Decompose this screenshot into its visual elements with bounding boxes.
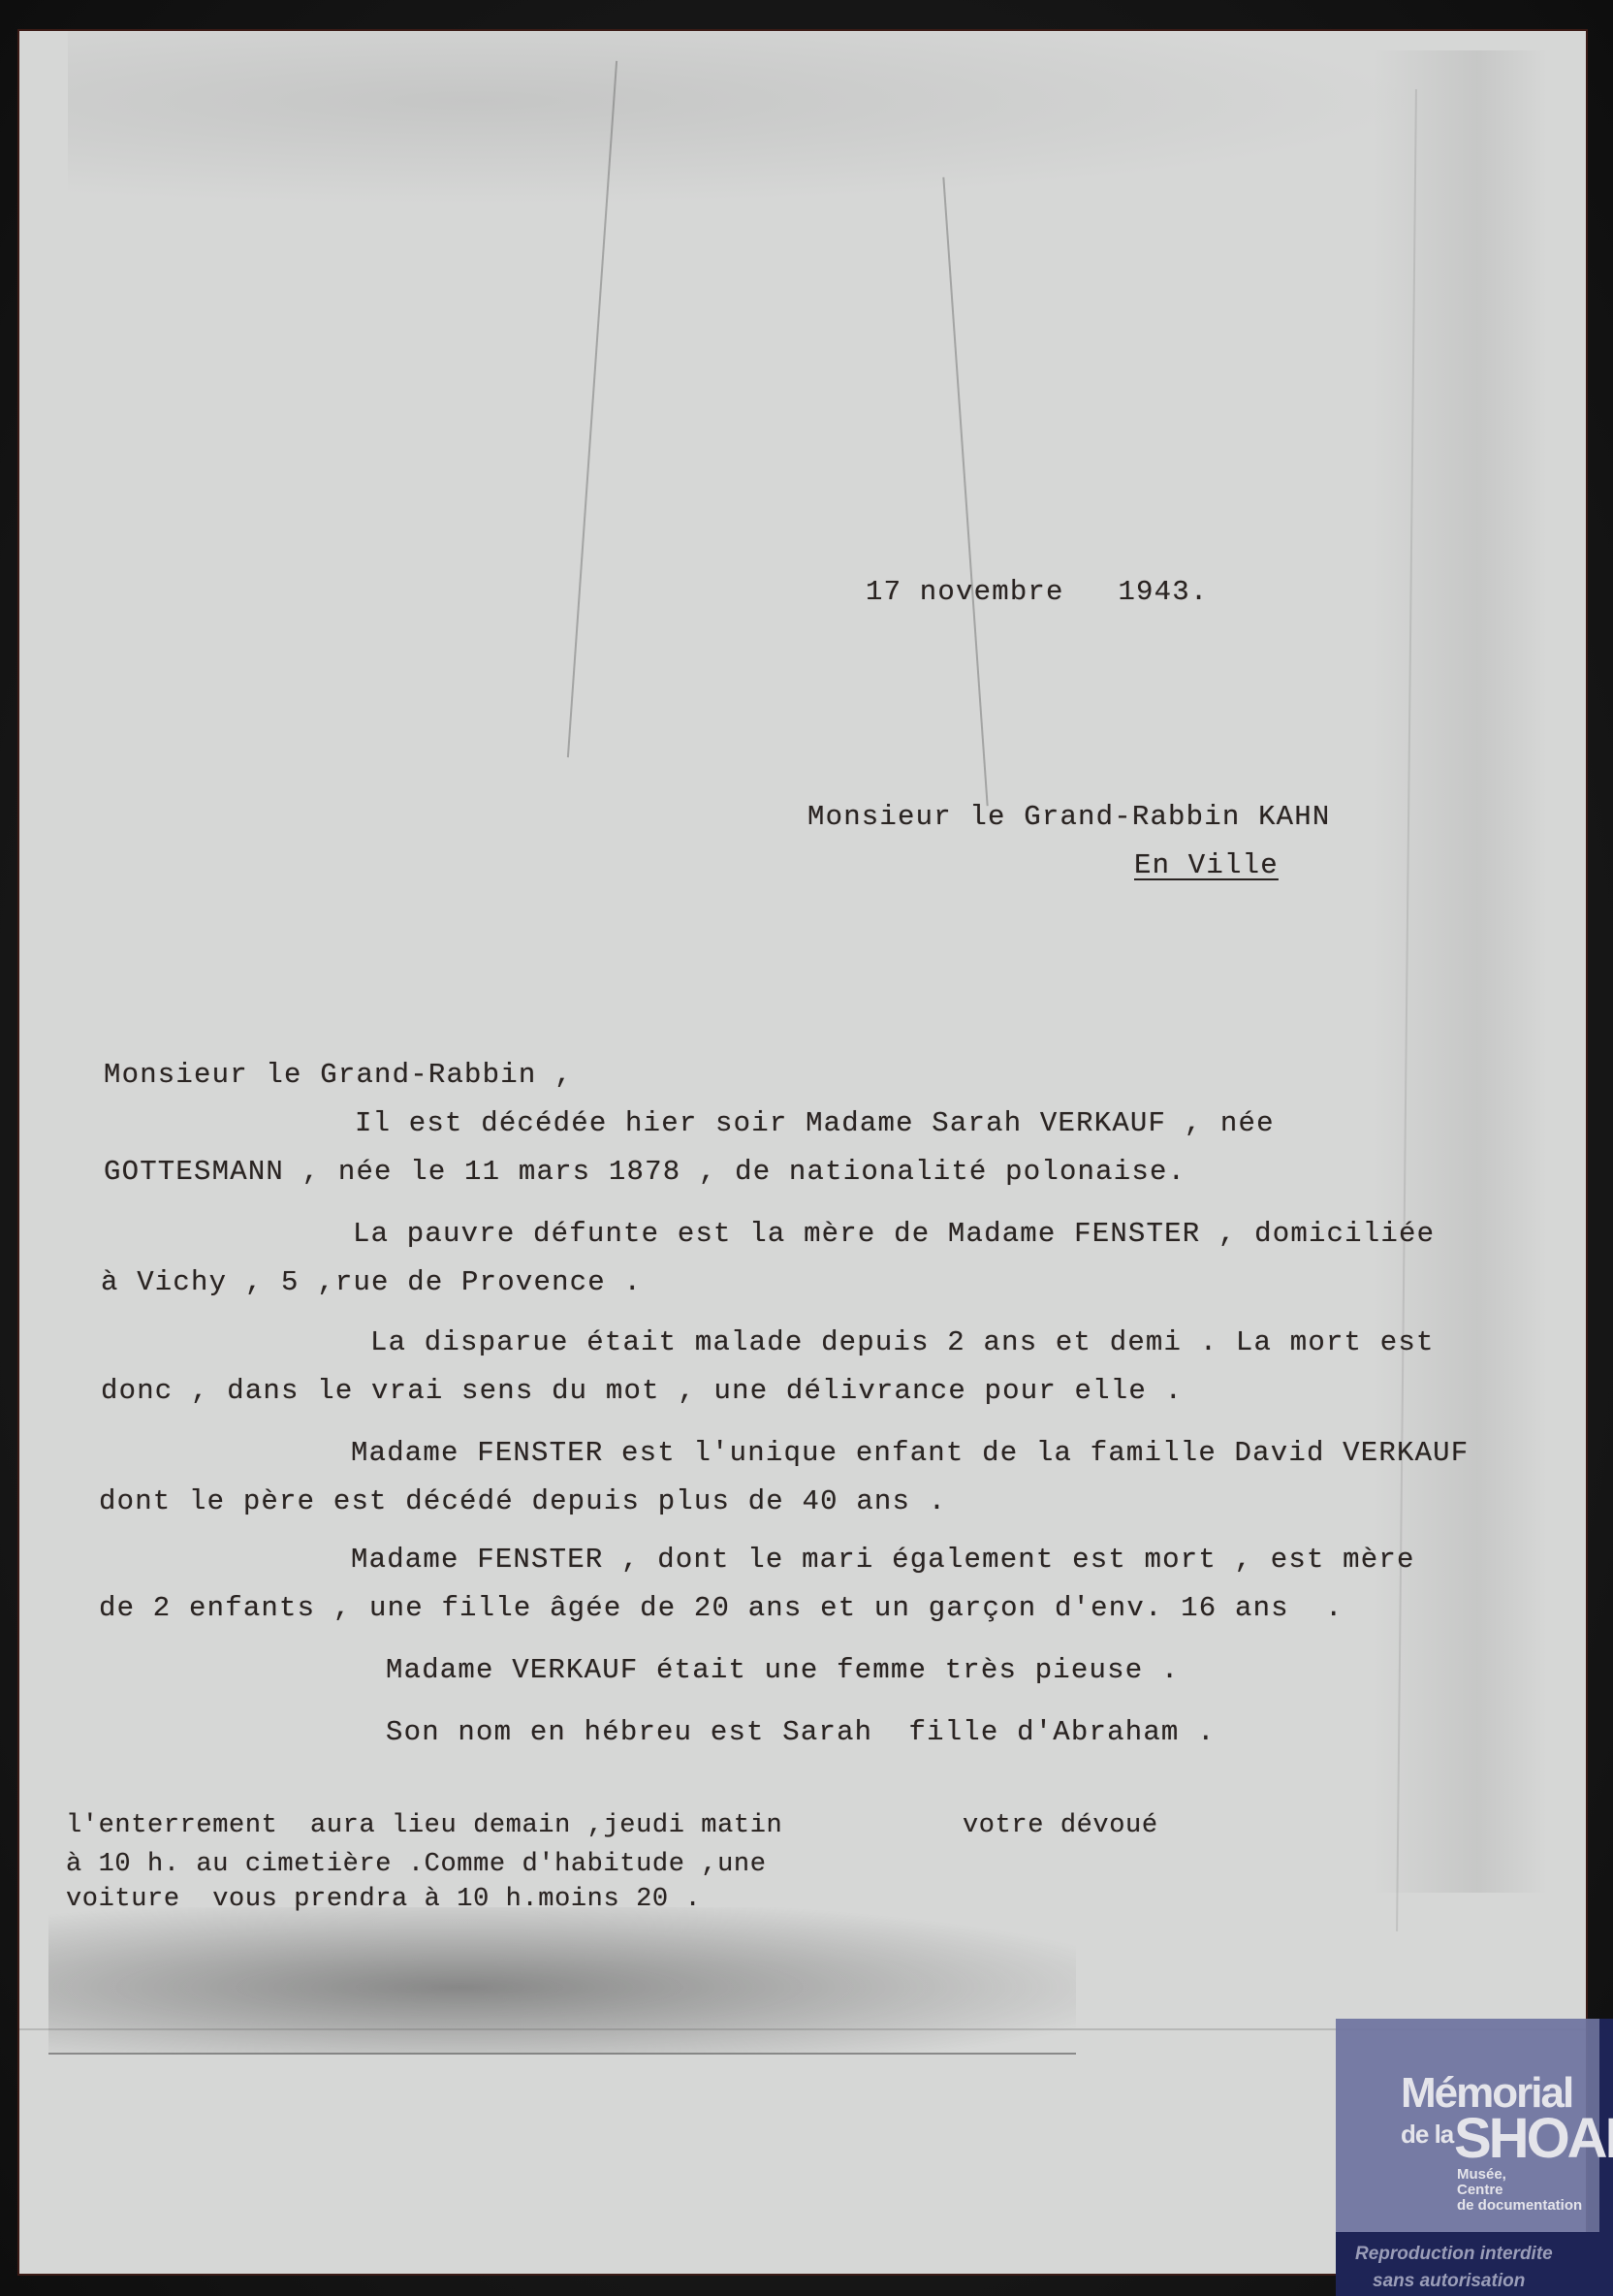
body-line: La disparue était malade depuis 2 ans et… — [370, 1328, 1435, 1356]
body-line: La pauvre défunte est la mère de Madame … — [353, 1220, 1435, 1248]
body-line: GOTTESMANN , née le 11 mars 1878 , de na… — [104, 1158, 1186, 1186]
logo-title-prefix: de la — [1401, 2120, 1453, 2150]
postscript-line: à 10 h. au cimetière .Comme d'habitude ,… — [66, 1852, 767, 1878]
postscript-line: l'enterrement aura lieu demain ,jeudi ma… — [66, 1813, 782, 1839]
body-line: donc , dans le vrai sens du mot , une dé… — [101, 1377, 1183, 1405]
addressee-name: Monsieur le Grand-Rabbin KAHN — [807, 803, 1330, 831]
body-line: Madame VERKAUF était une femme très pieu… — [386, 1656, 1180, 1684]
body-line: Son nom en hébreu est Sarah fille d'Abra… — [386, 1718, 1216, 1746]
copyright-notice: Reproduction interdite — [1355, 2244, 1553, 2265]
body-line: dont le père est décédé depuis plus de 4… — [99, 1487, 946, 1515]
addressee-location: En Ville — [1134, 851, 1279, 879]
closing-signoff: votre dévoué — [963, 1813, 1158, 1839]
postscript-line: voiture vous prendra à 10 h.moins 20 . — [66, 1887, 701, 1913]
copyright-notice: sans autorisation — [1373, 2271, 1525, 2292]
letter-date: 17 novembre 1943. — [866, 578, 1208, 606]
body-line: de 2 enfants , une fille âgée de 20 ans … — [99, 1594, 1344, 1622]
salutation: Monsieur le Grand-Rabbin , — [104, 1061, 573, 1089]
logo-title-shoah: SHOAH — [1454, 2106, 1613, 2171]
logo-subtitle: Musée, Centre de documentation — [1457, 2167, 1582, 2214]
paper-stain — [68, 31, 1425, 206]
body-line: Il est décédée hier soir Madame Sarah VE… — [355, 1109, 1275, 1137]
body-line: Madame FENSTER est l'unique enfant de la… — [351, 1439, 1469, 1467]
body-line: à Vichy , 5 ,rue de Provence . — [101, 1268, 642, 1296]
paper-crease — [942, 177, 988, 807]
paper-smudge — [48, 1907, 1076, 2055]
body-line: Madame FENSTER , dont le mari également … — [351, 1546, 1415, 1574]
memorial-shoah-watermark: Mémorial de la SHOAH Musée, Centre de do… — [1336, 2019, 1613, 2296]
typewritten-letter-page: 17 novembre 1943. Monsieur le Grand-Rabb… — [19, 31, 1586, 2274]
